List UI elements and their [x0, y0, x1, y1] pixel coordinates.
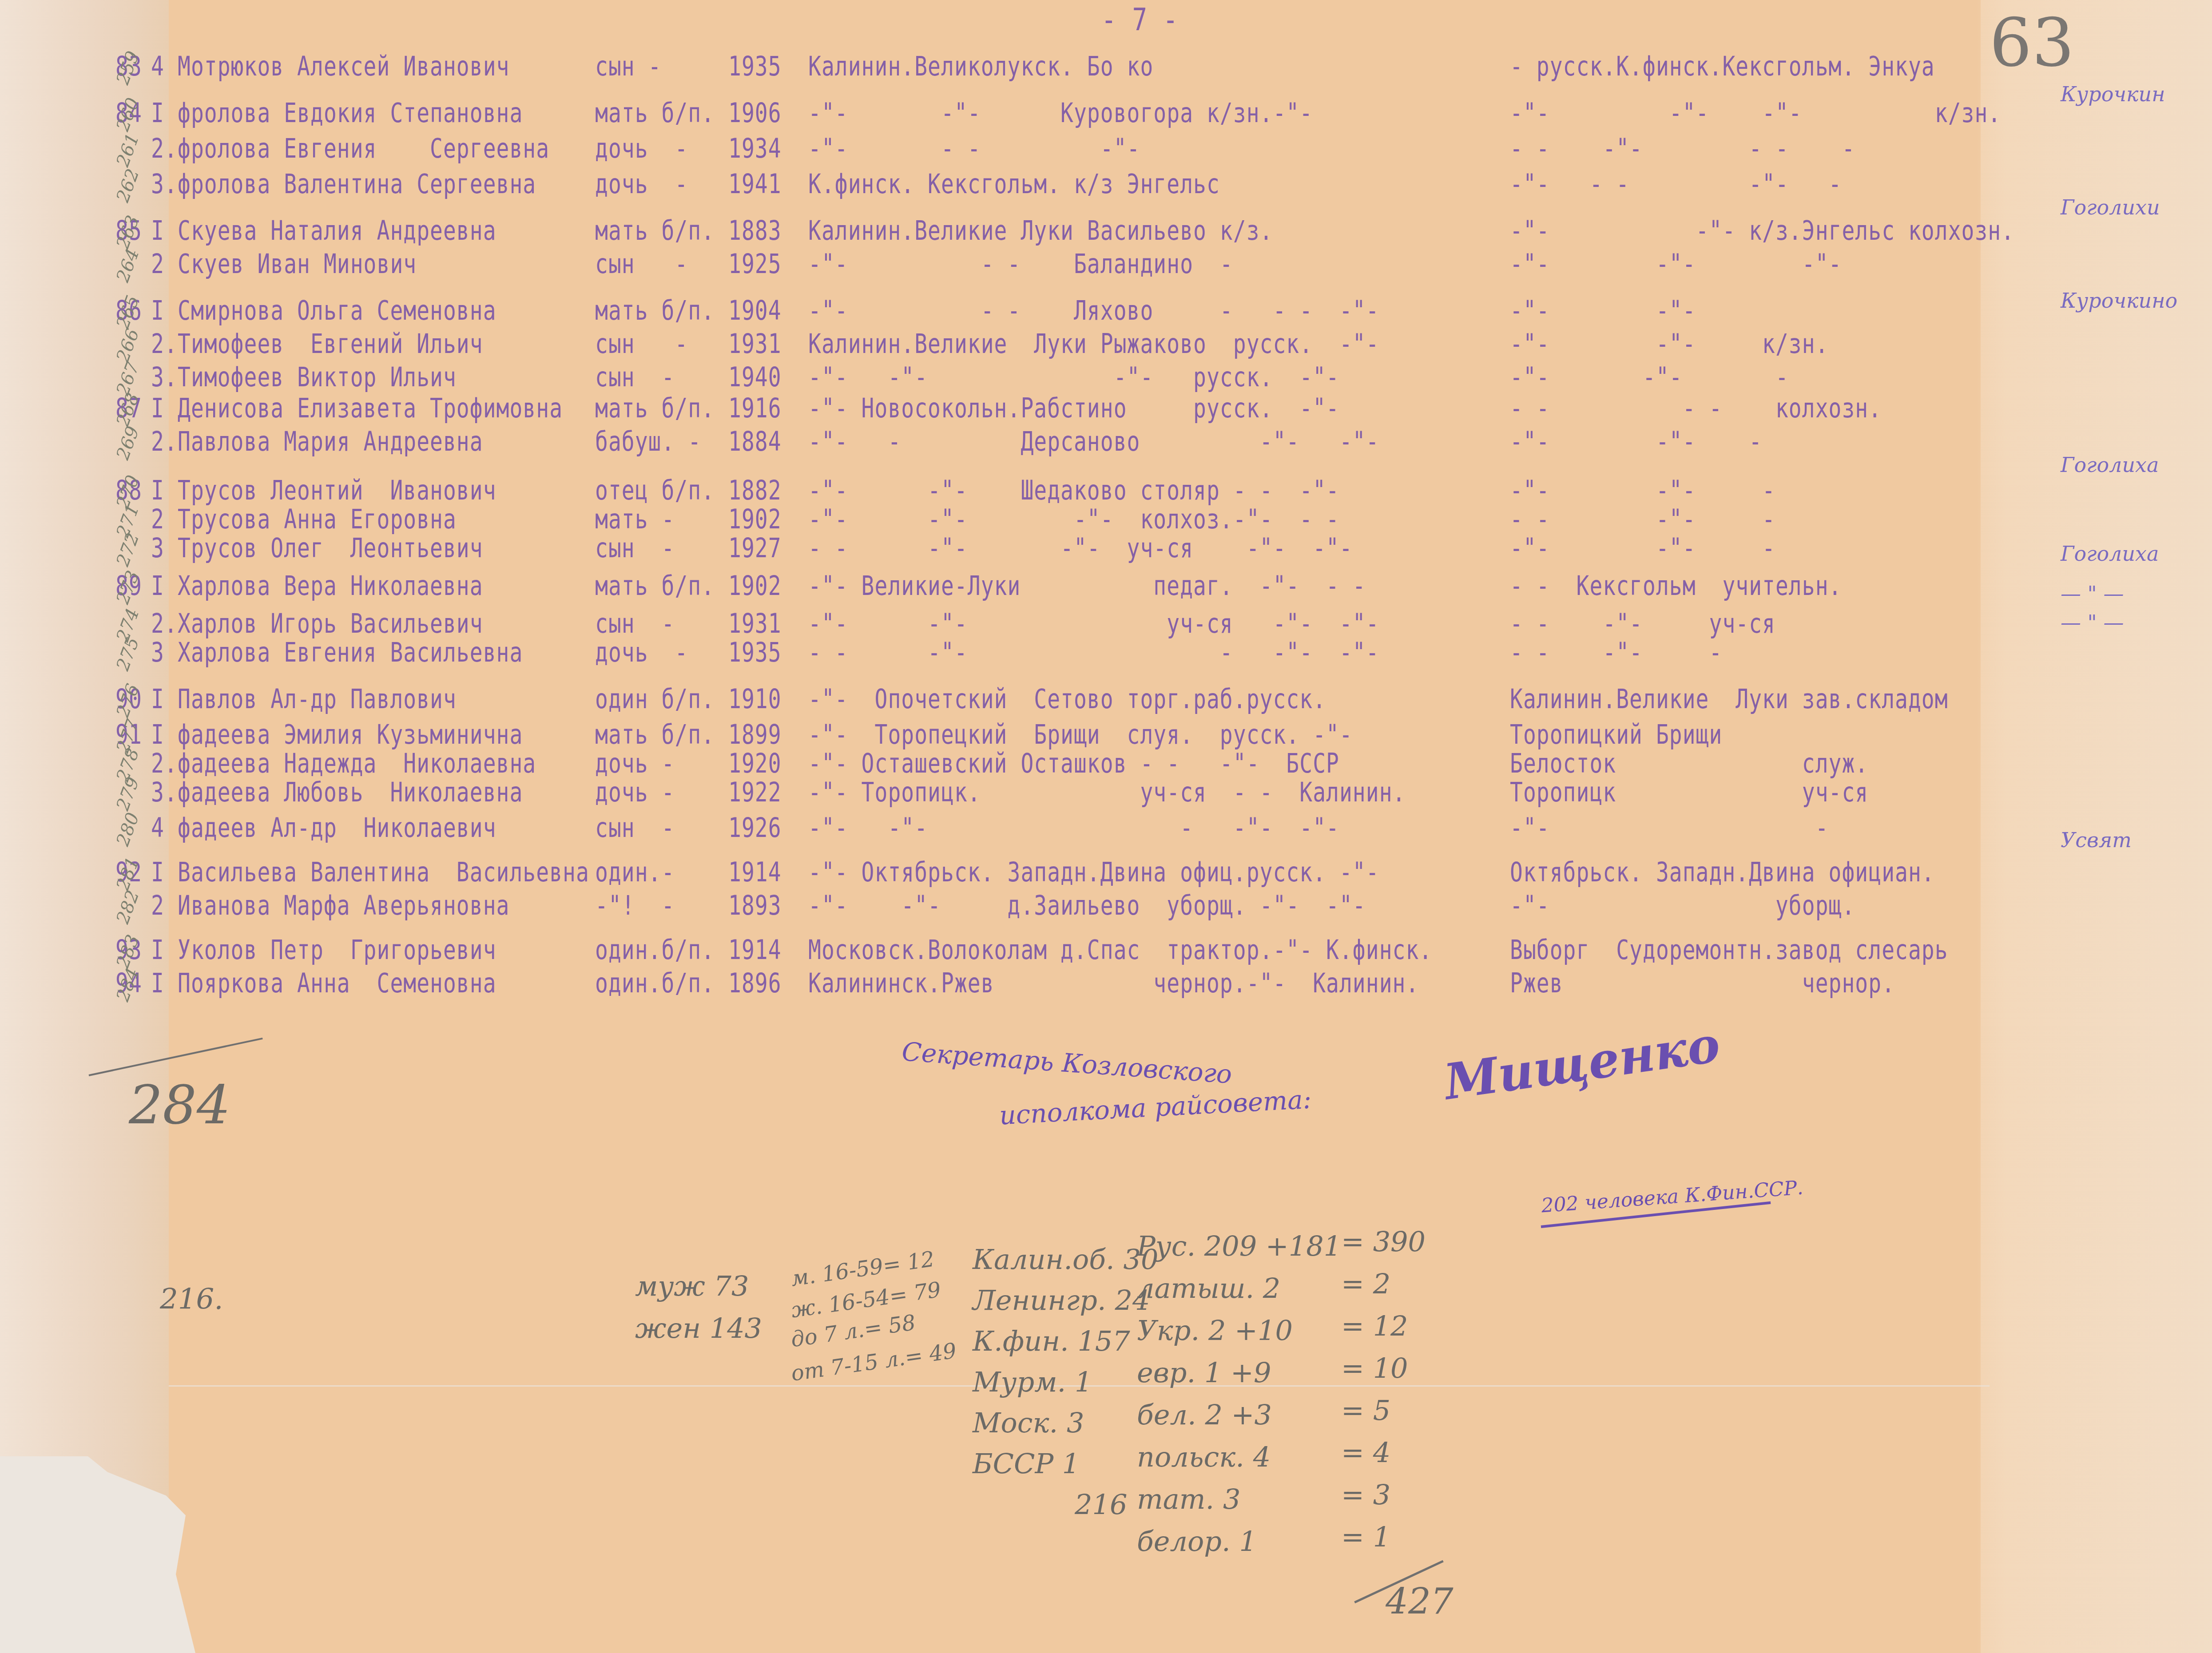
member-index: 3 [151, 639, 164, 666]
birth-year: 1896 [728, 970, 782, 997]
person-name: Павлова Мария Андреевна [178, 428, 483, 455]
birth-year: 1893 [728, 892, 782, 919]
birth-year: 1931 [728, 331, 782, 357]
relation: мать б/п. [595, 218, 715, 244]
origin-place: - - -"- -"- уч-ся -"- -"- [808, 535, 1353, 562]
birth-year: 1916 [728, 395, 782, 422]
destination: Выборг Судоремонтн.завод слесарь [1510, 937, 1948, 963]
birth-year: 1927 [728, 535, 782, 562]
origin-place: -"- - - Ляхово - - - -"- [808, 297, 1379, 324]
destination: -"- -"- - [1510, 428, 1762, 455]
destination: - - -"- уч-ся [1510, 610, 1775, 637]
relation: дочь - [595, 639, 688, 666]
member-index: 2. [151, 135, 178, 162]
calc-gender: жен 143 [635, 1312, 762, 1344]
margin-note: Гоголихи [2061, 195, 2160, 219]
birth-year: 1920 [728, 750, 782, 777]
relation: один.б/п. [595, 937, 715, 963]
person-name: Трусов Олег Леонтьевич [178, 535, 483, 562]
calc-region: К.фин. 157 [973, 1325, 1130, 1357]
origin-place: -"- - - -"- [808, 135, 1140, 162]
person-name: фролова Валентина Сергеевна [178, 171, 536, 198]
destination: Белосток служ. [1510, 750, 1868, 777]
calc-nationality: евр. 1 +9 [1137, 1356, 1271, 1389]
relation: сын - [595, 535, 675, 562]
calc-result: = 3 [1341, 1479, 1390, 1511]
margin-note: Усвят [2061, 828, 2132, 852]
member-index: I [151, 859, 164, 886]
person-name: Мотрюков Алексей Иванович [178, 53, 509, 80]
left-total: 284 [129, 1074, 230, 1136]
origin-place: Калинин.Великие Луки Васильево к/з. [808, 218, 1273, 244]
calc-result: = 4 [1341, 1436, 1390, 1469]
person-name: фролова Евгения Сергеевна [178, 135, 549, 162]
person-name: Пояркова Анна Семеновна [178, 970, 496, 997]
person-name: фадеева Эмилия Кузьминична [178, 721, 523, 748]
origin-place: -"- Опочетский Сетово торг.раб.русск. [808, 686, 1326, 713]
member-index: 2. [151, 610, 178, 637]
signature-mark: Мищенко [1441, 1015, 1723, 1111]
relation: мать б/п. [595, 395, 715, 422]
destination: - русск.К.финск.Кексгольм. Энкуа [1510, 53, 1935, 80]
relation: один.- [595, 859, 675, 886]
person-name: Трусов Леонтий Иванович [178, 477, 496, 504]
birth-year: 1914 [728, 859, 782, 886]
relation: сын - [595, 331, 688, 357]
origin-place: -"- -"- - -"- -"- [808, 815, 1339, 841]
margin-note: Гоголиха [2061, 542, 2159, 566]
calc-region: 216 [1075, 1488, 1127, 1521]
destination: Ржев чернор. [1510, 970, 1895, 997]
page-edge [1981, 0, 2212, 1653]
member-index: I [151, 573, 164, 599]
relation: сын - [595, 364, 675, 391]
destination: -"- - - -"- - [1510, 171, 1842, 198]
calc-result: = 1 [1341, 1521, 1390, 1553]
destination: -"- -"- к/з.Энгельс колхозн. [1510, 218, 2014, 244]
origin-place: -"- -"- Шедаково столяр - - -"- [808, 477, 1339, 504]
birth-year: 1934 [728, 135, 782, 162]
birth-year: 1906 [728, 100, 782, 127]
person-name: Харлов Игорь Васильевич [178, 610, 483, 637]
folio-number: 63 [1990, 4, 2074, 82]
birth-year: 1935 [728, 53, 782, 80]
margin-note: Курочкин [2061, 82, 2165, 106]
birth-year: 1884 [728, 428, 782, 455]
calc-nationality: польск. 4 [1137, 1441, 1271, 1473]
person-name: Тимофеев Виктор Ильич [178, 364, 457, 391]
member-index: 3. [151, 364, 178, 391]
margin-note: — " — [2061, 582, 2124, 606]
calc-result: = 390 [1341, 1225, 1426, 1258]
calc-nationality: тат. 3 [1137, 1483, 1240, 1515]
birth-year: 1902 [728, 573, 782, 599]
signature-title-line2: исполкома райсовета: [999, 1084, 1312, 1131]
calc-gender: муж 73 [635, 1270, 749, 1302]
calc-nationality: Укр. 2 +10 [1137, 1314, 1293, 1347]
calc-region: Ленингр. 24 [973, 1284, 1150, 1316]
person-name: Харлова Евгения Васильевна [178, 639, 523, 666]
member-index: I [151, 477, 164, 504]
calc-result: = 5 [1341, 1394, 1390, 1427]
origin-place: -"- Осташевский Осташков - - -"- БССР [808, 750, 1339, 777]
member-index: I [151, 686, 164, 713]
birth-year: 1940 [728, 364, 782, 391]
destination: -"- -"- [1510, 297, 1696, 324]
member-index: I [151, 970, 164, 997]
relation: мать б/п. [595, 573, 715, 599]
member-index: I [151, 100, 164, 127]
destination: - - -"- - [1510, 639, 1722, 666]
member-index: I [151, 218, 164, 244]
relation: дочь - [595, 779, 675, 806]
member-index: 2 [151, 892, 164, 919]
calc-total: 427 [1386, 1581, 1453, 1622]
origin-place: Московск.Волоколам д.Спас трактор.-"- К.… [808, 937, 1432, 963]
person-name: Харлова Вера Николаевна [178, 573, 483, 599]
birth-year: 1883 [728, 218, 782, 244]
member-index: 4 [151, 53, 164, 80]
destination: - - -"- - [1510, 506, 1775, 533]
calc-nationality: Рус. 209 +181 [1137, 1230, 1341, 1262]
relation: один б/п. [595, 686, 715, 713]
relation: дочь - [595, 135, 688, 162]
origin-place: -"- - - Баландино - [808, 251, 1233, 277]
person-name: фадеева Любовь Николаевна [178, 779, 523, 806]
margin-note: — " — [2061, 610, 2124, 634]
person-name: Смирнова Ольга Семеновна [178, 297, 496, 324]
origin-place: -"- -"- -"- русск. -"- [808, 364, 1339, 391]
person-name: Денисова Елизавета Трофимовна [178, 395, 563, 422]
origin-place: -"- -"- уч-ся -"- -"- [808, 610, 1379, 637]
origin-place: Калининск.Ржев чернор.-"- Калинин. [808, 970, 1419, 997]
destination: -"- -"- - [1510, 477, 1775, 504]
origin-place: -"- -"- д.Заильево уборщ. -"- -"- [808, 892, 1366, 919]
destination: Калинин.Великие Луки зав.складом [1510, 686, 1948, 713]
calc-region: БССР 1 [973, 1447, 1080, 1480]
destination: -"- - [1510, 815, 1829, 841]
birth-year: 1902 [728, 506, 782, 533]
relation: бабуш. - [595, 428, 701, 455]
relation: мать б/п. [595, 297, 715, 324]
calc-nationality: бел. 2 +3 [1137, 1399, 1272, 1431]
person-name: фадеева Надежда Николаевна [178, 750, 536, 777]
origin-place: Калинин.Великолукск. Бо ко [808, 53, 1153, 80]
destination: -"- -"- -"- к/зн. [1510, 100, 2001, 127]
member-index: I [151, 721, 164, 748]
birth-year: 1904 [728, 297, 782, 324]
calc-result: = 2 [1341, 1268, 1390, 1300]
origin-place: Калинин.Великие Луки Рыжаково русск. -"- [808, 331, 1379, 357]
member-index: 2 [151, 251, 164, 277]
destination: Октябрьск. Западн.Двина официан. [1510, 859, 1935, 886]
birth-year: 1922 [728, 779, 782, 806]
birth-year: 1899 [728, 721, 782, 748]
relation: один.б/п. [595, 970, 715, 997]
destination: - - -"- - - - [1510, 135, 1855, 162]
origin-place: -"- Торопицк. уч-ся - - Калинин. [808, 779, 1406, 806]
destination: Торопицк уч-ся [1510, 779, 1868, 806]
calc-nationality: белор. 1 [1137, 1525, 1257, 1558]
member-index: I [151, 937, 164, 963]
calc-region: Мурм. 1 [973, 1366, 1092, 1398]
person-name: Тимофеев Евгений Ильич [178, 331, 483, 357]
destination: -"- -"- - [1510, 535, 1775, 562]
origin-place: -"- Торопецкий Брищи слуя. русск. -"- [808, 721, 1353, 748]
person-name: Иванова Марфа Аверьяновна [178, 892, 509, 919]
member-index: 4 [151, 815, 164, 841]
person-name: Трусова Анна Егоровна [178, 506, 457, 533]
calc-region: Калин.об. 30 [973, 1243, 1158, 1276]
person-name: Уколов Петр Григорьевич [178, 937, 496, 963]
member-index: 2 [151, 506, 164, 533]
left-note: 216. [160, 1283, 223, 1316]
person-name: Васильева Валентина Васильевна [178, 859, 589, 886]
birth-year: 1925 [728, 251, 782, 277]
calc-region: Моск. 3 [973, 1407, 1084, 1439]
destination: -"- -"- -"- [1510, 251, 1842, 277]
calc-nationality: латыш. 2 [1137, 1272, 1280, 1304]
relation: мать б/п. [595, 721, 715, 748]
relation: сын - [595, 251, 688, 277]
birth-year: 1931 [728, 610, 782, 637]
origin-place: - - -"- - -"- -"- [808, 639, 1379, 666]
origin-place: -"- - Дерсаново -"- -"- [808, 428, 1379, 455]
person-name: Скуева Наталия Андреевна [178, 218, 496, 244]
member-index: 2. [151, 428, 178, 455]
origin-place: -"- Великие-Луки педаг. -"- - - [808, 573, 1366, 599]
member-index: 3. [151, 779, 178, 806]
origin-place: -"- -"- -"- колхоз.-"- - - [808, 506, 1339, 533]
birth-year: 1882 [728, 477, 782, 504]
origin-place: К.финск. Кексгольм. к/з Энгельс [808, 171, 1220, 198]
destination: -"- уборщ. [1510, 892, 1855, 919]
margin-note: Курочкино [2061, 289, 2177, 313]
destination: - - Кексгольм учительн. [1510, 573, 1842, 599]
destination: -"- -"- - [1510, 364, 1789, 391]
page-number: - 7 - [1101, 4, 1179, 36]
birth-year: 1941 [728, 171, 782, 198]
origin-place: -"- Новосокольн.Рабстино русск. -"- [808, 395, 1339, 422]
summary-note: 202 человека К.Фин.ССР. [1541, 1176, 1804, 1217]
origin-place: -"- -"- Куровогора к/зн.-"- [808, 100, 1313, 127]
calc-result: = 10 [1341, 1352, 1408, 1384]
origin-place: -"- Октябрьск. Западн.Двина офиц.русск. … [808, 859, 1379, 886]
member-index: I [151, 297, 164, 324]
person-name: Павлов Ал-др Павлович [178, 686, 457, 713]
relation: сын - [595, 610, 675, 637]
birth-year: 1914 [728, 937, 782, 963]
relation: сын - [595, 53, 662, 80]
binding-strip [0, 0, 169, 1653]
relation: дочь - [595, 750, 675, 777]
birth-year: 1935 [728, 639, 782, 666]
relation: мать - [595, 506, 675, 533]
relation: дочь - [595, 171, 688, 198]
member-index: 2. [151, 750, 178, 777]
person-name: фролова Евдокия Степановна [178, 100, 523, 127]
calc-result: = 12 [1341, 1310, 1408, 1342]
relation: сын - [595, 815, 675, 841]
margin-note: Гоголиха [2061, 453, 2159, 477]
signature-title-line1: Секретарь Козловского [901, 1036, 1233, 1090]
scanned-page: - 7 - 63 834259Мотрюков Алексей Иванович… [0, 0, 2212, 1653]
destination: -"- -"- к/зн. [1510, 331, 1829, 357]
member-index: 3 [151, 535, 164, 562]
relation: отец б/п. [595, 477, 715, 504]
person-name: Скуев Иван Минович [178, 251, 417, 277]
relation: мать б/п. [595, 100, 715, 127]
torn-corner [0, 1456, 488, 1653]
member-index: 2. [151, 331, 178, 357]
birth-year: 1926 [728, 815, 782, 841]
person-name: фадеев Ал-др Николаевич [178, 815, 496, 841]
destination: Торопицкий Брищи [1510, 721, 1722, 748]
member-index: I [151, 395, 164, 422]
birth-year: 1910 [728, 686, 782, 713]
relation: -"! - [595, 892, 675, 919]
member-index: 3. [151, 171, 178, 198]
destination: - - - - колхозн. [1510, 395, 1882, 422]
